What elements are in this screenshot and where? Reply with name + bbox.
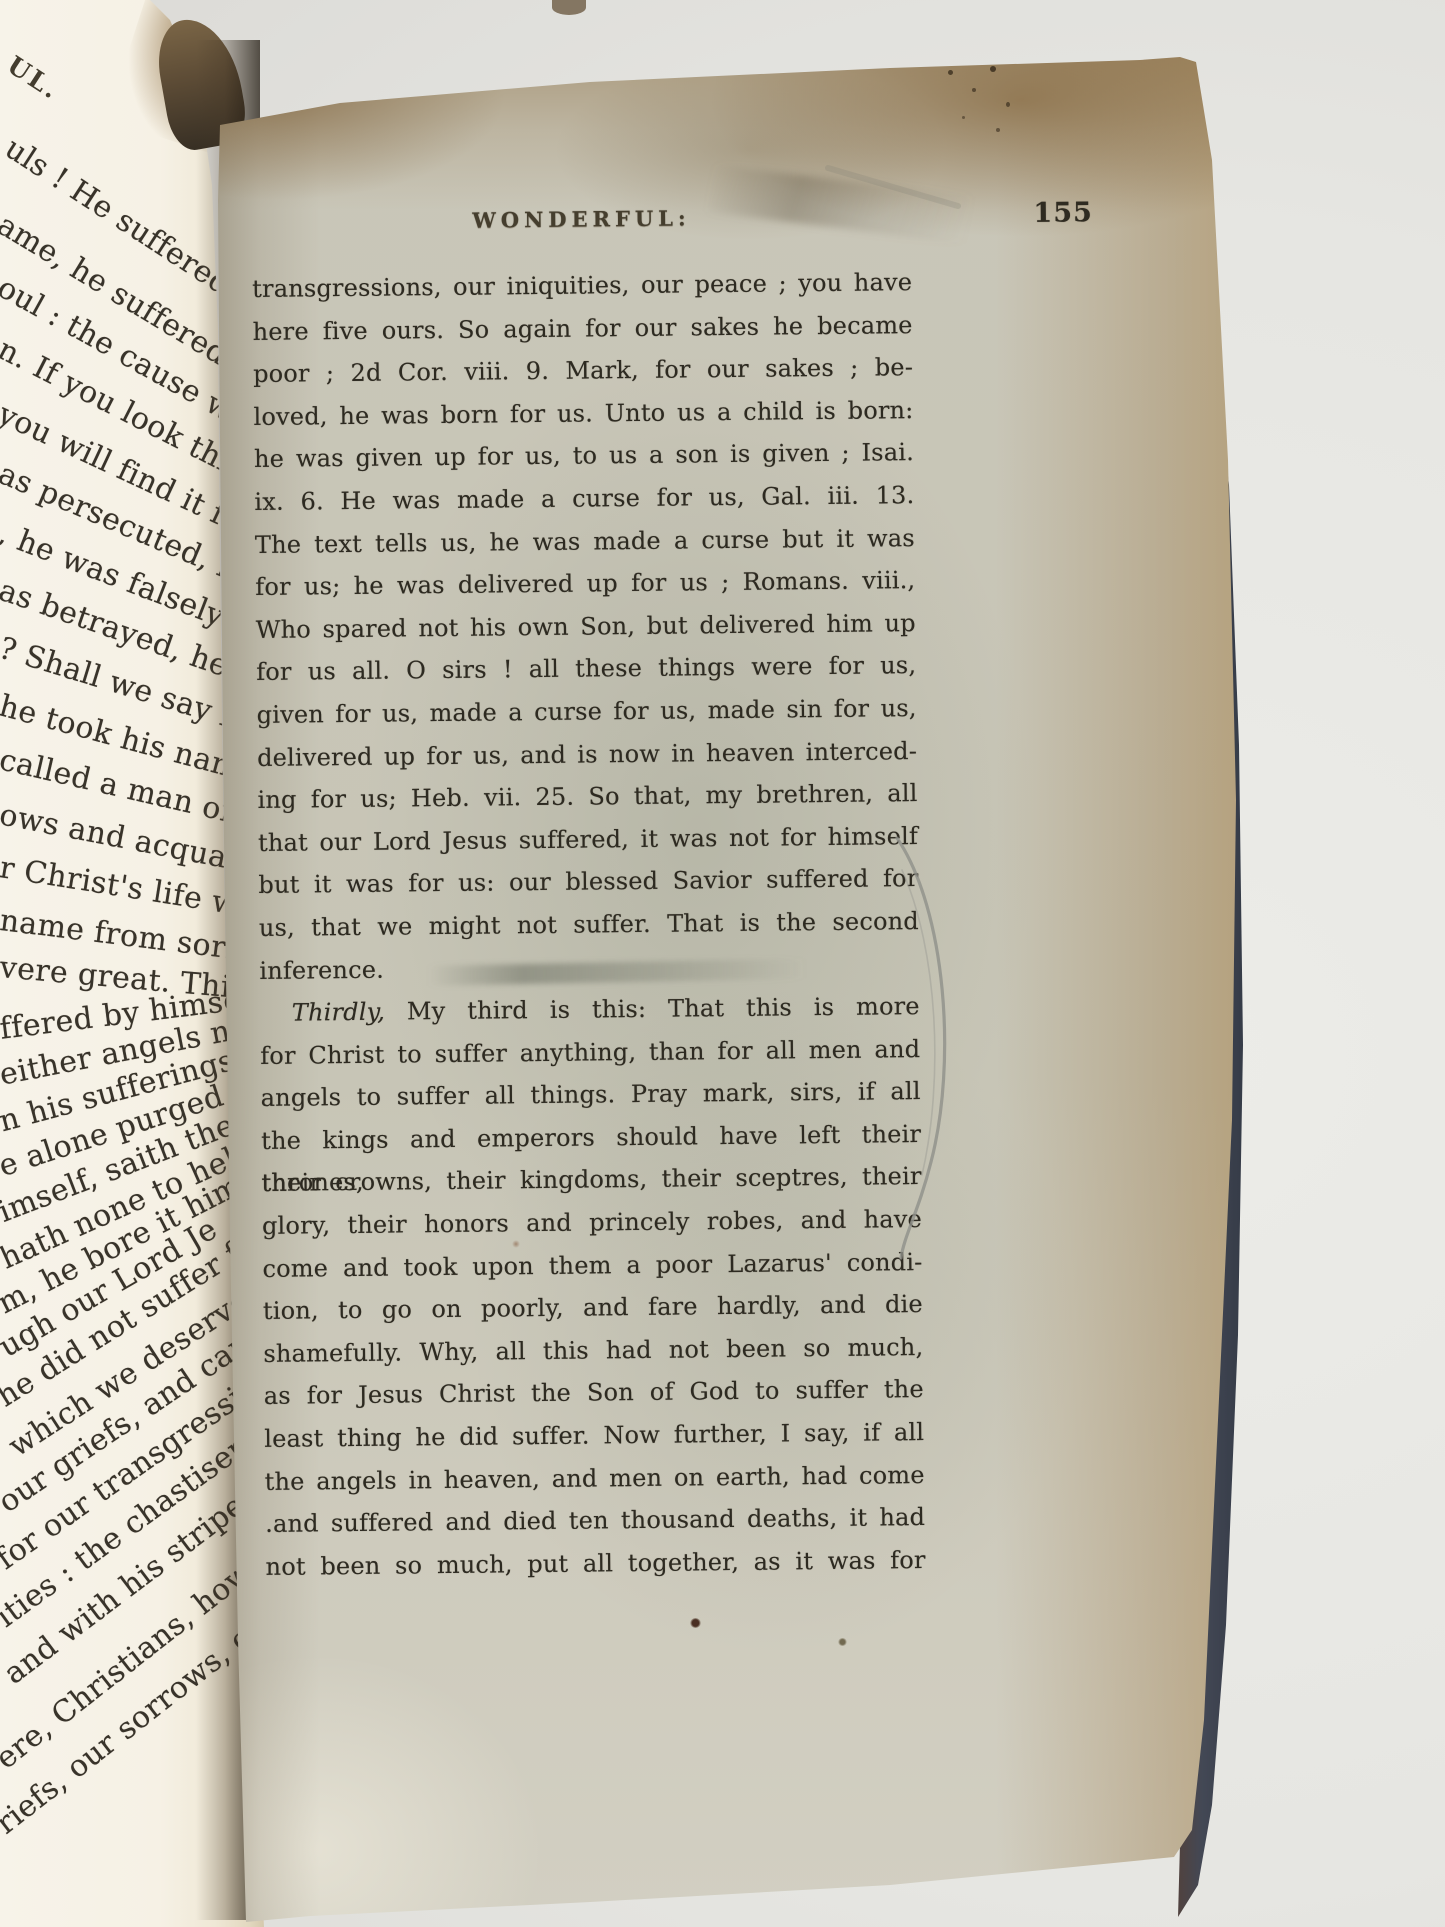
text-line: shamefully. Why, all this had not been s… xyxy=(263,1326,923,1376)
foxing-speck xyxy=(990,66,996,72)
text-line: as for Jesus Christ the Son of God to su… xyxy=(264,1368,924,1418)
text-line: poor ; 2d Cor. viii. 9. Mark, for our sa… xyxy=(253,346,913,396)
page-text-block: WONDERFUL: 155 transgressions, our iniqu… xyxy=(252,261,926,1588)
text-line: .and suffered and died ten thousand deat… xyxy=(265,1496,925,1546)
book-photo: UL. uls ! He suffered fromame, he suffer… xyxy=(0,0,1445,1927)
text-line: The text tells us, he was made a curse b… xyxy=(255,517,915,567)
page-number: 155 xyxy=(1033,197,1093,229)
text-line: us, that we might not suffer. That is th… xyxy=(259,900,919,950)
text-line: he was given up for us, to us a son is g… xyxy=(254,431,914,481)
text-line: here five ours. So again for our sakes h… xyxy=(252,304,912,354)
text-line: angels to suffer all things. Pray mark, … xyxy=(260,1070,920,1120)
italic-lead: Thirdly, xyxy=(292,998,386,1027)
paragraph-2: Thirdly, My third is this: That this is … xyxy=(260,985,926,1588)
foxing-speck xyxy=(948,70,953,75)
text-line: that our Lord Jesus suffered, it was not… xyxy=(258,815,918,865)
text-line: Who spared not his own Son, but delivere… xyxy=(256,602,916,652)
foxing-speck xyxy=(1006,102,1010,107)
ink-spot xyxy=(838,1638,847,1646)
text-line: delivered up for us, and is now in heave… xyxy=(257,730,917,780)
text-line: the kings and emperors should have left … xyxy=(261,1113,921,1163)
paragraph-1: transgressions, our iniquities, our peac… xyxy=(252,261,920,992)
top-edge-speck xyxy=(552,0,586,15)
text-line: least thing he did suffer. Now further, … xyxy=(264,1411,924,1461)
text-line: come and took upon them a poor Lazarus' … xyxy=(262,1241,922,1291)
ink-spot xyxy=(690,1618,701,1628)
foxing-speck xyxy=(996,128,1000,132)
text-line: given for us, made a curse for us, made … xyxy=(256,687,916,737)
text-line: ing for us; Heb. vii. 25. So that, my br… xyxy=(257,772,917,822)
text-line: loved, he was born for us. Unto us a chi… xyxy=(253,389,913,439)
text-line: transgressions, our iniquities, our peac… xyxy=(252,261,912,311)
text-line: not been so much, put all together, as i… xyxy=(265,1539,925,1589)
text-line: ix. 6. He was made a curse for us, Gal. … xyxy=(254,474,914,524)
text-line: the angels in heaven, and men on earth, … xyxy=(264,1454,924,1504)
right-page: WONDERFUL: 155 transgressions, our iniqu… xyxy=(190,40,1250,1925)
text-line: for Christ to suffer anything, than for … xyxy=(260,1028,920,1078)
running-header: WONDERFUL: xyxy=(251,203,911,235)
text-line: glory, their honors and princely robes, … xyxy=(262,1198,922,1248)
text-line: tion, to go on poorly, and fare hardly, … xyxy=(263,1283,923,1333)
text-line: for us; he was delivered up for us ; Rom… xyxy=(255,559,915,609)
text-line: but it was for us: our blessed Savior su… xyxy=(258,857,918,907)
text-line: for us all. O sirs ! all these things we… xyxy=(256,644,916,694)
foxing-speck xyxy=(962,116,965,119)
foxing-speck xyxy=(972,88,976,92)
left-page-header-fragment: UL. xyxy=(2,50,66,105)
text-line: their crowns, their kingdoms, their scep… xyxy=(261,1156,921,1206)
text-line: Thirdly, My third is this: That this is … xyxy=(260,985,920,1035)
